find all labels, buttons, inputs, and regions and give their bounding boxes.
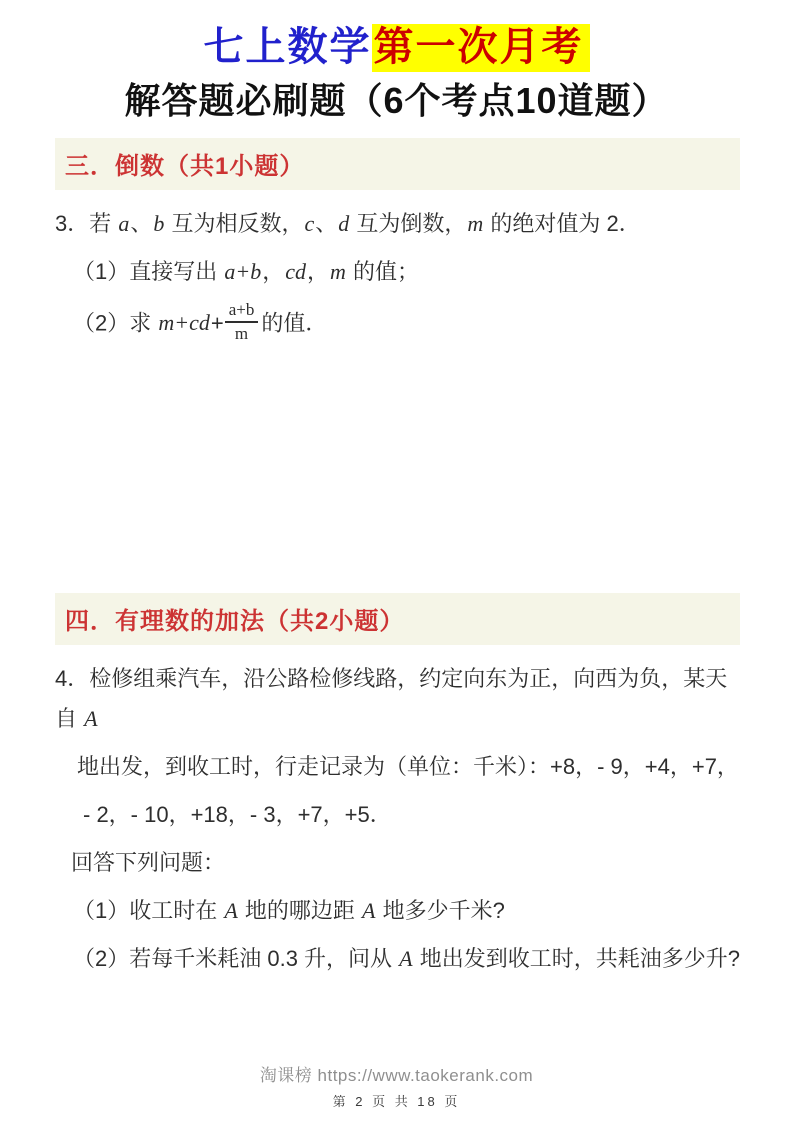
problem-3-question-1: （1）直接写出 a+b，cd，m 的值； (55, 252, 748, 292)
problem-4-stem-line-1: 4．检修组乘汽车，沿公路检修线路，约定向东为正，向西为负，某天自 A (55, 659, 748, 739)
worksheet-page: 七上数学第一次月考 解答题必刷题（6个考点10道题） 三．倒数（共1小题） 3．… (0, 0, 793, 1122)
footer-site-link: 淘课榜 https://www.taokerank.com (0, 1061, 793, 1086)
problem-4-stem-line-2: 地出发，到收工时，行走记录为（单位：千米）：+8，- 9，+4，+7， (55, 747, 748, 787)
footer-page-number: 第 2 页 共 18 页 (0, 1091, 793, 1110)
problem-4: 4．检修组乘汽车，沿公路检修线路，约定向东为正，向西为负，某天自 A 地出发，到… (0, 659, 793, 979)
title-exam-highlight: 第一次月考 (372, 24, 590, 72)
answer-space (0, 349, 793, 581)
problem-4-prompt: 回答下列问题： (55, 843, 748, 883)
page-subtitle: 解答题必刷题（6个考点10道题） (0, 76, 793, 126)
problem-3-question-2: （2）求 m+cd+a+bm的值． (55, 300, 748, 349)
page-title: 七上数学第一次月考 (0, 22, 793, 72)
problem-3: 3．若 a、b 互为相反数，c、d 互为倒数，m 的绝对值为 2． （1）直接写… (0, 204, 793, 349)
page-footer: 淘课榜 https://www.taokerank.com 第 2 页 共 18… (0, 1061, 793, 1110)
fraction: a+bm (225, 300, 259, 343)
problem-4-question-1: （1）收工时在 A 地的哪边距 A 地多少千米? (55, 891, 748, 931)
section-heading-reciprocal: 三．倒数（共1小题） (55, 138, 740, 190)
problem-4-question-2: （2）若每千米耗油 0.3 升，问从 A 地出发到收工时，共耗油多少升? (55, 939, 748, 979)
problem-3-stem: 3．若 a、b 互为相反数，c、d 互为倒数，m 的绝对值为 2． (55, 204, 748, 244)
problem-4-stem-line-3: - 2，- 10，+18，- 3，+7，+5． (55, 795, 748, 835)
section-heading-rational-addition: 四．有理数的加法（共2小题） (55, 593, 740, 645)
title-course: 七上数学 (204, 25, 372, 69)
